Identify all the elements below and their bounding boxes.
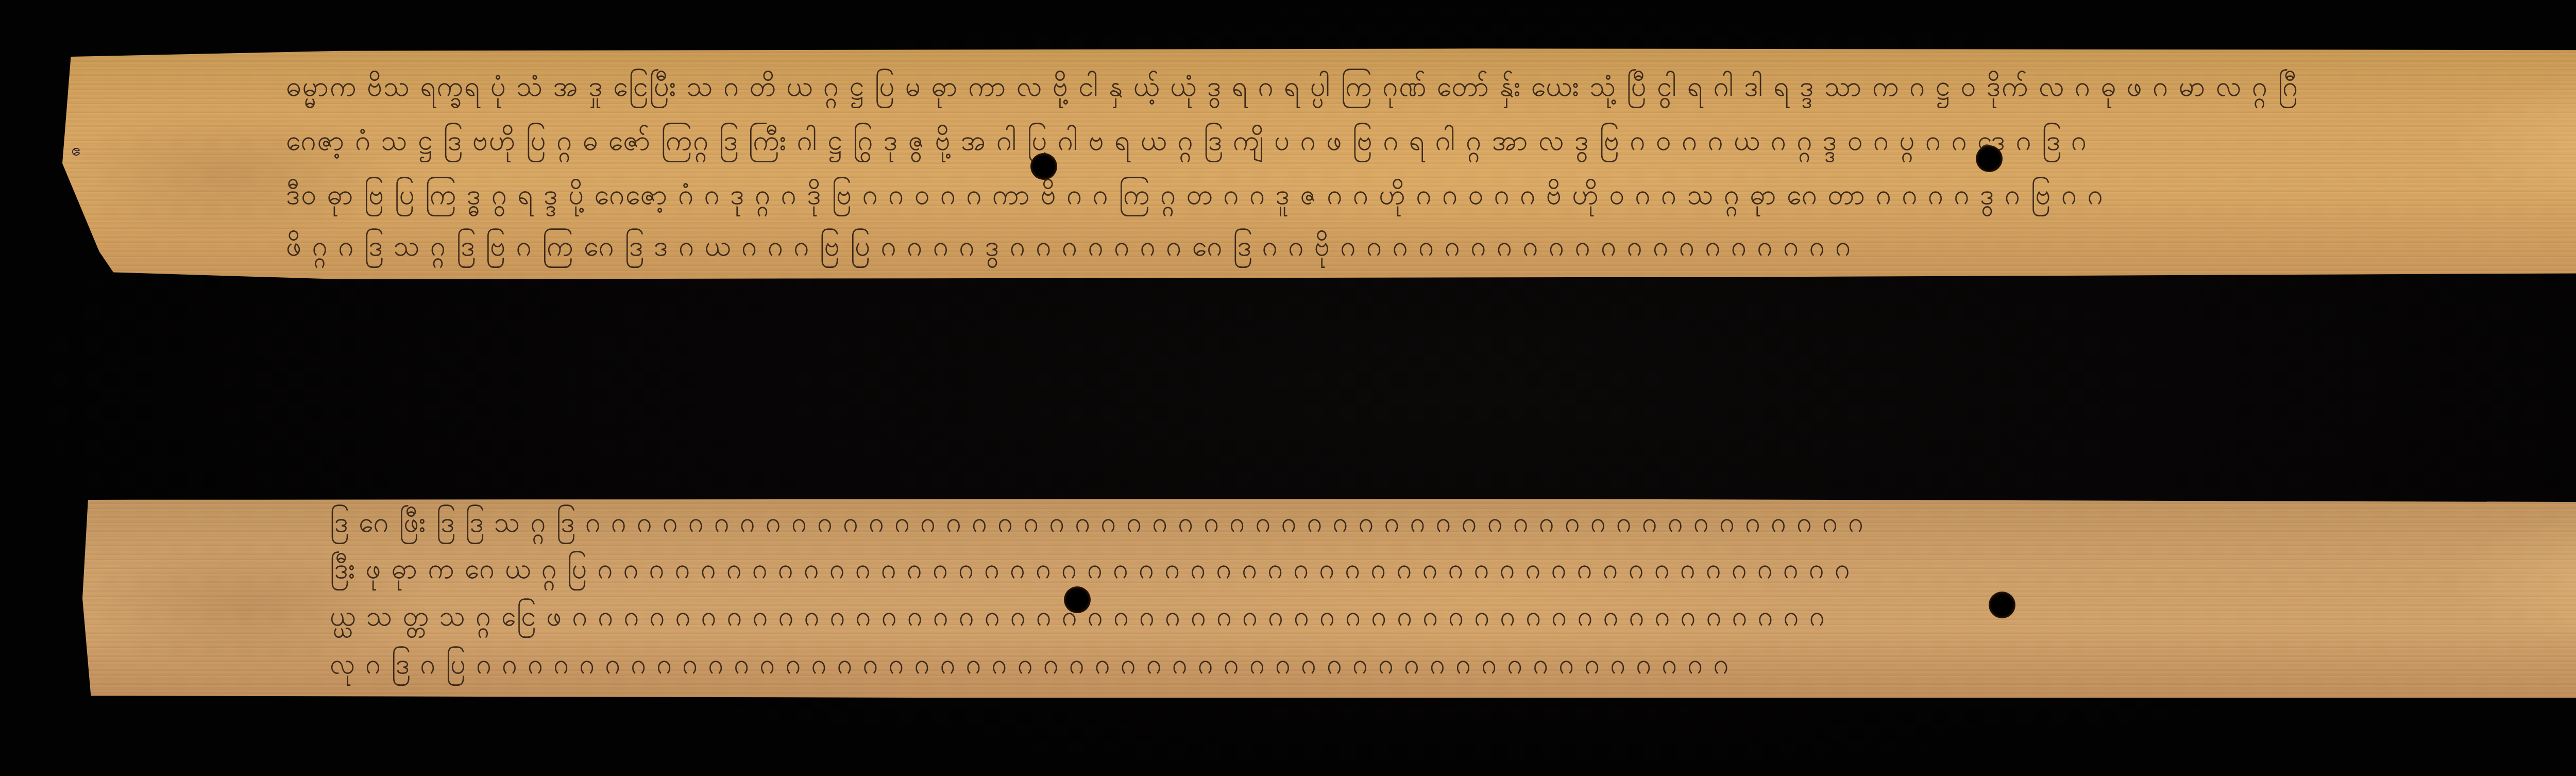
script-line-4: လု ဂ ဒြ ဂ ပြ ဂ ဂ ဂ ဂ ဂ ဂ ဂ ဂ ဂ ဂ ဂ ဂ ဂ ဂ… xyxy=(330,646,1730,688)
script-line-1: ဒြ ဂေ ဖြီး ဒြ ဒြ သ ဂ္ဂ ဒြ ဂ ဂ ဂ ဂ ဂ ဂ ဂ … xyxy=(330,504,1865,546)
black-background: ဧ ဓမ္မာက ဗိသ ရက္ခရ ပုံ သံ အ ဒှု ငြေပြီး … xyxy=(0,0,2576,776)
binding-hole-right xyxy=(1989,592,2015,618)
binding-hole-left xyxy=(1030,153,1057,180)
script-line-1: ဓမ္မာက ဗိသ ရက္ခရ ပုံ သံ အ ဒှု ငြေပြီး သ … xyxy=(286,68,2299,110)
leaf-margin-numeral: ဧ xyxy=(71,138,81,164)
palm-leaf-top: ဧ ဓမ္မာက ဗိသ ရက္ခရ ပုံ သံ အ ဒှု ငြေပြီး … xyxy=(57,47,2576,279)
binding-hole-right xyxy=(1976,145,2003,172)
script-line-4: ဖိ ဂ္ဂ ဂ ဒြ သ ဂ္ဂ ဒြ ဗြ ဂ ကြ ဂေ ဒြ ဒ ဂ ယ… xyxy=(286,228,1852,270)
script-line-3: ဒီဝ ဓုာ ဗြ ပြ ကြ ဒ္ဓ ဂွ ရ ဒ္ဒ ပို့ ဂေဇော… xyxy=(286,176,2104,218)
binding-hole-left xyxy=(1064,586,1091,613)
script-line-2: ဒြီး ဖု ဓုာ က ဂေ ယ ဂ္ဂ ပြ ဂ ဂ ဂ ဂ ဂ ဂ ဂ … xyxy=(330,550,1851,593)
palm-leaf-bottom: ဒြ ဂေ ဖြီး ဒြ ဒြ သ ဂ္ဂ ဒြ ဂ ဂ ဂ ဂ ဂ ဂ ဂ … xyxy=(82,499,2576,698)
script-line-2: ဂေဇာ့ ဂံ သ ဋ္ဌ ဒြ ဗဟို ပြ ဂ္ဂ ဓ ဇော် ကြဂ… xyxy=(286,122,2088,164)
